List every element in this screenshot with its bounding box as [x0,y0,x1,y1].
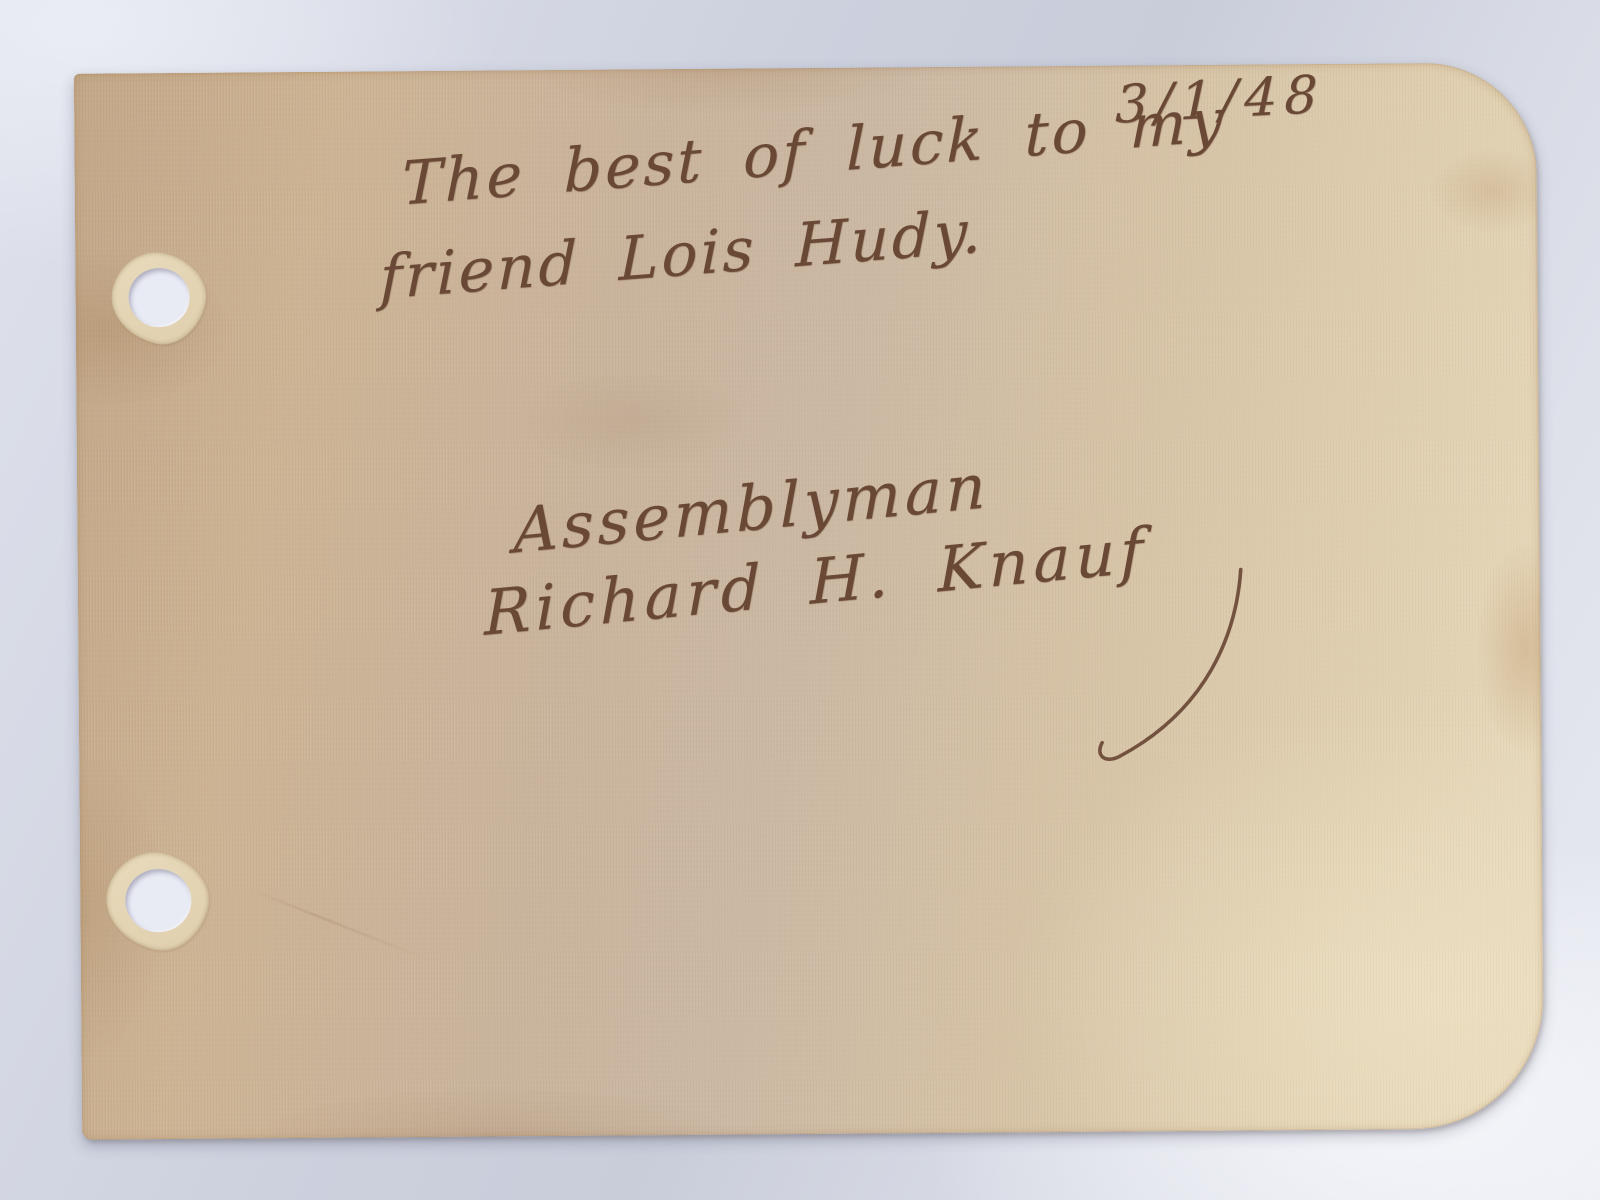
punch-hole-bottom [106,853,209,950]
punch-hole-bottom-opening [125,869,191,933]
punch-hole-top [111,253,206,344]
album-page: 3/1/48 The best of luck to my friend Loi… [74,62,1544,1139]
photo-background: 3/1/48 The best of luck to my friend Loi… [0,0,1600,1200]
inscription-line-1: The best of luck to my [402,85,1227,219]
paper-crease [247,887,434,963]
punch-hole-top-opening [128,268,189,327]
